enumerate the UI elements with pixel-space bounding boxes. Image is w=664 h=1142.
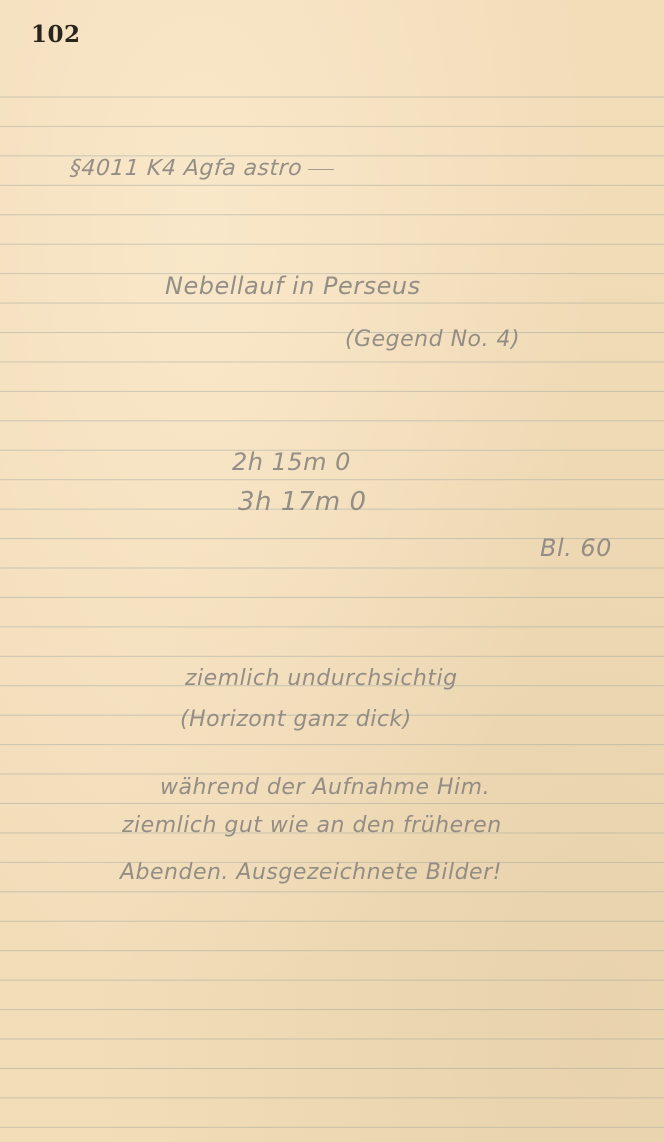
note-line-4: ziemlich gut wie an den früheren bbox=[122, 813, 502, 838]
plate-header-line: §4011 K4 Agfa astro bbox=[69, 156, 335, 181]
page-number: 102 bbox=[31, 21, 81, 48]
exposure-end-time: 3h 17m 0 bbox=[238, 487, 367, 517]
notebook-page: 102 §4011 K4 Agfa astro Nebellauf in Per… bbox=[0, 0, 664, 1142]
plate-header-text: §4011 K4 Agfa astro bbox=[69, 156, 303, 181]
exposure-start-time: 2h 15m 0 bbox=[232, 448, 351, 476]
grid-horizontal-lines bbox=[0, 96, 664, 1142]
underline-dash bbox=[308, 169, 334, 170]
note-line-2: (Horizont ganz dick) bbox=[180, 707, 412, 732]
note-line-5: Abenden. Ausgezeichnete Bilder! bbox=[120, 860, 502, 885]
note-line-1: ziemlich undurchsichtig bbox=[185, 666, 458, 691]
object-region: (Gegend No. 4) bbox=[345, 327, 520, 352]
note-line-3: während der Aufnahme Him. bbox=[160, 775, 490, 800]
object-title: Nebellauf in Perseus bbox=[165, 272, 421, 300]
plate-reference: Bl. 60 bbox=[540, 534, 612, 562]
